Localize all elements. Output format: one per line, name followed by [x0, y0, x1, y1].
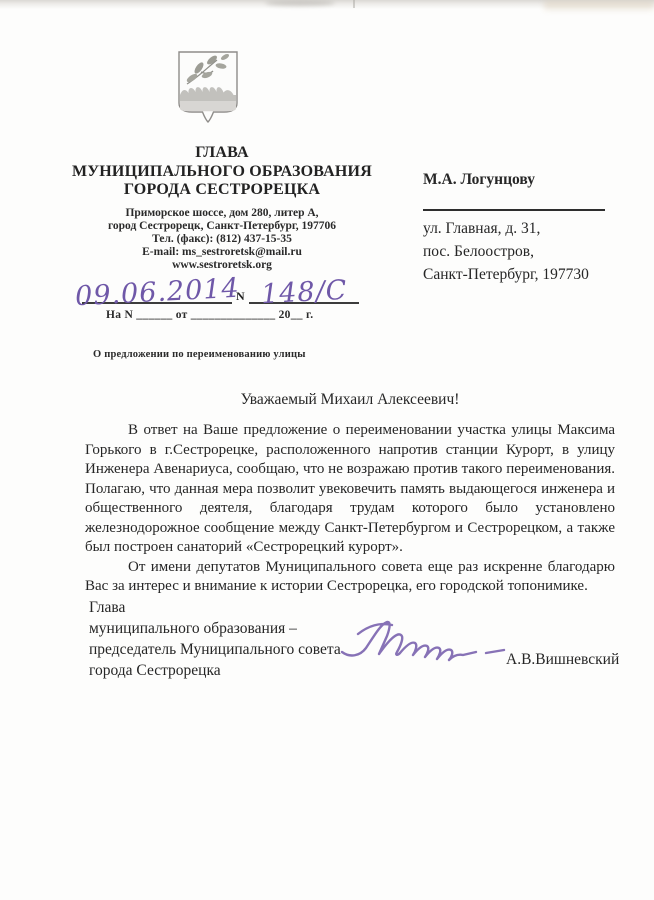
recipient-divider-line — [423, 209, 605, 211]
recipient-name: М.А. Логунцову — [423, 170, 635, 190]
body-paragraph-1: В ответ на Ваше предложение о переименов… — [85, 421, 615, 558]
org-title-line: ГЛАВА — [40, 144, 404, 163]
coat-of-arms-icon — [177, 50, 239, 124]
signer-position-line: муниципального образования – — [89, 618, 341, 639]
handwritten-date: 09.06.2014 — [74, 276, 240, 309]
signer-position-line: города Сестрорецка — [89, 660, 341, 681]
signer-position-line: председатель Муниципального совета — [89, 639, 341, 660]
number-blank-line: 148/С — [249, 278, 359, 304]
body-paragraph-2: От имени депутатов Муниципального совета… — [85, 558, 615, 597]
org-address-line: город Сестрорецк, Санкт-Петербург, 19770… — [40, 220, 404, 233]
handwritten-number: 148/С — [260, 278, 347, 307]
incoming-reference-line: На N ______ от ______________ 20__ г. — [106, 309, 313, 321]
subject-line: О предложении по переименованию улицы — [93, 349, 306, 360]
scanned-letter-page: ГЛАВА МУНИЦИПАЛЬНОГО ОБРАЗОВАНИЯ ГОРОДА … — [0, 0, 654, 900]
recipient-block: М.А. Логунцову ул. Главная, д. 31, пос. … — [423, 170, 635, 286]
signer-position-line: Глава — [89, 597, 341, 618]
recipient-address-line: Санкт-Петербург, 197730 — [423, 263, 635, 286]
recipient-address-line: ул. Главная, д. 31, — [423, 217, 635, 240]
scan-smudge — [544, 0, 654, 10]
org-title-line: МУНИЦИПАЛЬНОГО ОБРАЗОВАНИЯ — [40, 163, 404, 182]
scan-smudge — [265, 0, 335, 6]
org-phone-line: Тел. (факс): (812) 437-15-35 — [40, 233, 404, 246]
reference-number-row: 09.06.2014 N 148/С — [82, 262, 359, 304]
handwritten-signature-icon — [338, 612, 516, 672]
recipient-address-line: пос. Белоостров, — [423, 240, 635, 263]
org-address-line: Приморское шоссе, дом 280, литер А, — [40, 207, 404, 220]
salutation: Уважаемый Михаил Алексеевич! — [85, 391, 615, 409]
signer-name: А.В.Вишневский — [506, 651, 619, 669]
org-email-line: E-mail: ms_sestroretsk@mail.ru — [40, 246, 404, 259]
letter-body: В ответ на Ваше предложение о переименов… — [85, 421, 615, 597]
signer-position-block: Глава муниципального образования – предс… — [89, 597, 341, 681]
scan-crease — [353, 0, 355, 8]
org-title-line: ГОРОДА СЕСТРОРЕЦКА — [40, 181, 404, 200]
recipient-address: ул. Главная, д. 31, пос. Белоостров, Сан… — [423, 217, 635, 286]
date-blank-line: 09.06.2014 — [82, 278, 232, 304]
letterhead-org-title: ГЛАВА МУНИЦИПАЛЬНОГО ОБРАЗОВАНИЯ ГОРОДА … — [40, 144, 404, 200]
